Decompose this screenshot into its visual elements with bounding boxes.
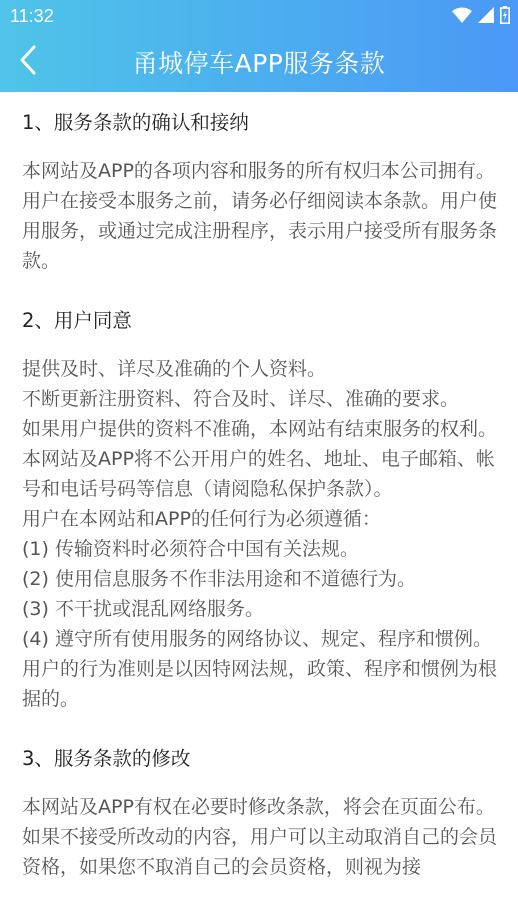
paragraph: 不断更新注册资料、符合及时、详尽、准确的要求。 — [22, 384, 498, 414]
battery-charging-icon — [500, 6, 510, 28]
wifi-icon — [452, 7, 472, 27]
paragraph: (3) 不干扰或混乱网络服务。 — [22, 594, 498, 624]
section-user-agreement: 2、用户同意 提供及时、详尽及准确的个人资料。 不断更新注册资料、符合及时、详尽… — [22, 306, 498, 714]
paragraph: 用户在本网站和APP的任何行为必须遵循： — [22, 504, 498, 534]
section-body: 提供及时、详尽及准确的个人资料。 不断更新注册资料、符合及时、详尽、准确的要求。… — [22, 354, 498, 714]
section-body: 本网站及APP有权在必要时修改条款，将会在页面公布。 如果不接受所改动的内容，用… — [22, 792, 498, 882]
paragraph: (4) 遵守所有使用服务的网络协议、规定、程序和惯例。用户的行为准则是以因特网法… — [22, 624, 498, 714]
paragraph: 本网站及APP将不公开用户的姓名、地址、电子邮箱、帐号和电话号码等信息（请阅隐私… — [22, 444, 498, 504]
section-terms-modification: 3、服务条款的修改 本网站及APP有权在必要时修改条款，将会在页面公布。 如果不… — [22, 744, 498, 882]
app-bar: 11:32 甬城停车APP服务条款 — [0, 0, 518, 92]
paragraph: 提供及时、详尽及准确的个人资料。 — [22, 354, 498, 384]
paragraph: 如果用户提供的资料不准确，本网站有结束服务的权利。 — [22, 414, 498, 444]
paragraph: 本网站及APP的各项内容和服务的所有权归本公司拥有。用户在接受本服务之前，请务必… — [22, 156, 498, 276]
terms-content: 1、服务条款的确认和接纳 本网站及APP的各项内容和服务的所有权归本公司拥有。用… — [22, 108, 498, 912]
section-body: 本网站及APP的各项内容和服务的所有权归本公司拥有。用户在接受本服务之前，请务必… — [22, 156, 498, 276]
section-heading: 2、用户同意 — [22, 306, 498, 336]
status-icons — [452, 7, 510, 27]
status-bar: 11:32 — [0, 0, 518, 34]
paragraph: (2) 使用信息服务不作非法用途和不道德行为。 — [22, 564, 498, 594]
title-bar: 甬城停车APP服务条款 — [0, 34, 518, 91]
cellular-signal-icon — [478, 7, 494, 27]
section-confirmation: 1、服务条款的确认和接纳 本网站及APP的各项内容和服务的所有权归本公司拥有。用… — [22, 108, 498, 276]
status-time: 11:32 — [10, 6, 54, 27]
section-heading: 3、服务条款的修改 — [22, 744, 498, 774]
paragraph: (1) 传输资料时必须符合中国有关法规。 — [22, 534, 498, 564]
page-title: 甬城停车APP服务条款 — [0, 44, 518, 80]
paragraph: 如果不接受所改动的内容，用户可以主动取消自己的会员资格，如果您不取消自己的会员资… — [22, 822, 498, 882]
paragraph: 本网站及APP有权在必要时修改条款，将会在页面公布。 — [22, 792, 498, 822]
section-heading: 1、服务条款的确认和接纳 — [22, 108, 498, 138]
